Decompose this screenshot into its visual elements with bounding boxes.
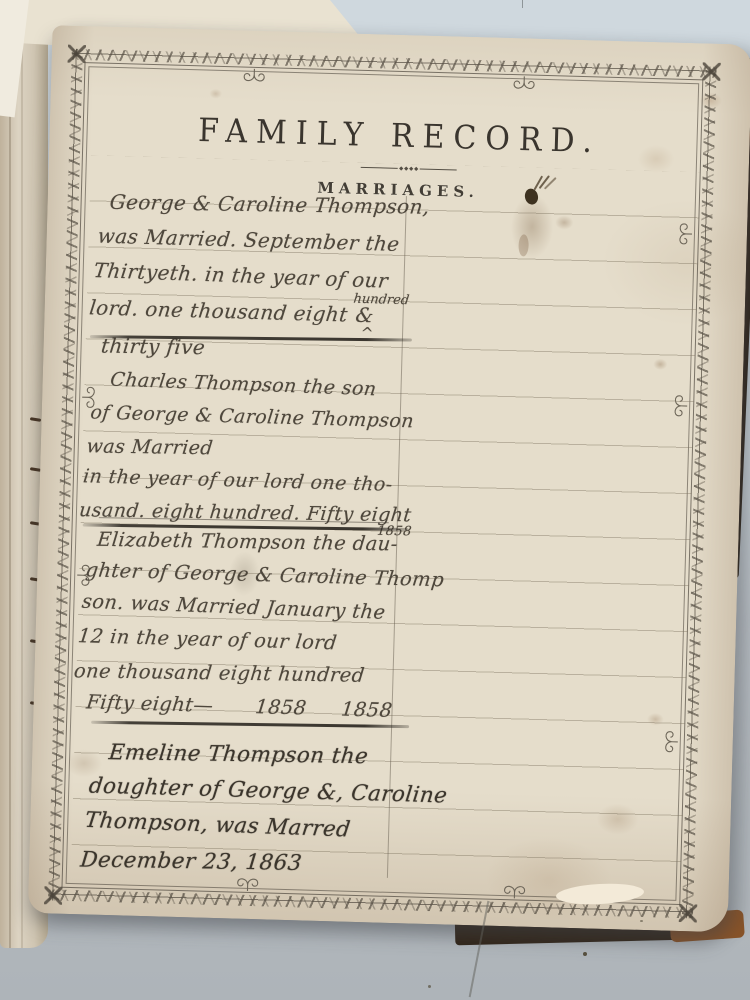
entry-line-text: lord. one thousand eight [88,295,349,326]
entry-line: thirty five [99,328,415,369]
scroll-ornament-icon [511,75,537,92]
corner-flourish-icon [68,45,86,63]
inserted-word: hundred [351,282,411,319]
floor-speck [583,952,587,956]
hanging-thread [522,0,523,8]
gutter-crease [21,0,23,948]
entry-line: George & Caroline Thompson, [108,184,432,225]
marriage-entry-elizabeth: Elizabeth Thompson the dau- ghter of Geo… [69,520,450,727]
binding-stitch [30,417,41,422]
inserted-word-wrap: hundred&^ [354,297,376,333]
floor-speck [640,920,643,922]
corner-flourish-icon [679,904,697,922]
marriage-entry-charles: Charles Thompson the son of George & Car… [78,365,428,534]
entry-line: one thousand eight hundred [72,654,434,693]
entry-line: Emeline Thompson the [107,735,453,776]
year-notation: 1858 1858 [254,695,394,722]
scroll-ornament-icon [241,67,267,84]
marriage-entry-emeline: Emeline Thompson the doughter of George … [79,733,454,887]
corner-flourish-icon [44,886,62,904]
entry-line: was Married [85,430,421,467]
entry-line-text: Fifty eight— [85,690,215,716]
family-record-page: FAMILY RECORD. MARRIAGES. George & Carol… [28,25,750,932]
entry-line: Elizabeth Thompson the dau- [96,523,450,561]
floor-speck [428,985,431,988]
gutter-crease [9,0,11,948]
scroll-ornament-icon [501,883,527,900]
family-record-book-photo: FAMILY RECORD. MARRIAGES. George & Carol… [0,0,750,1000]
entry-line: December 23, 1863 [78,843,440,885]
marriage-entry-george-caroline: George & Caroline Thompson, was Married.… [83,182,431,371]
corner-flourish-icon [702,62,720,80]
